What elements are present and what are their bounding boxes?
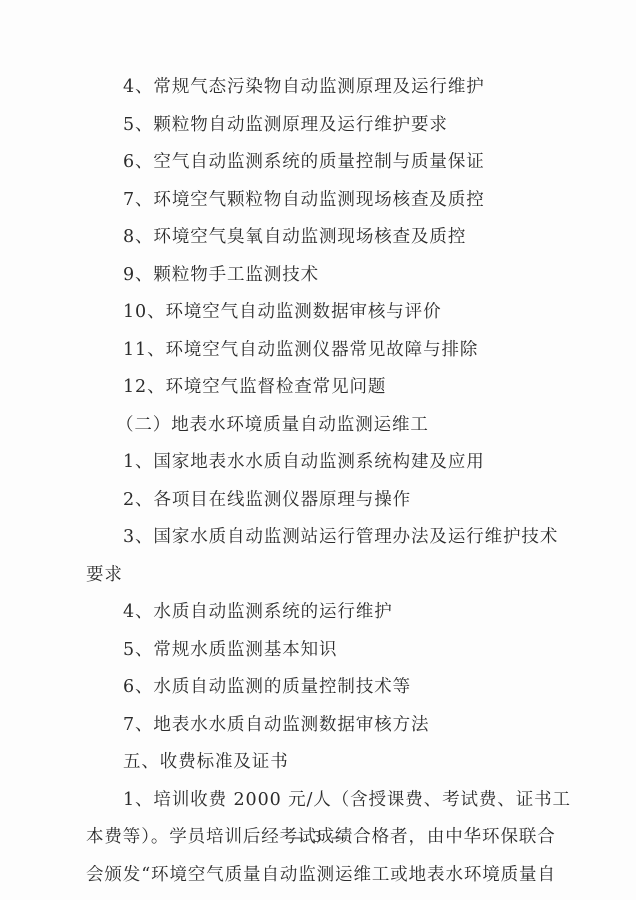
list-item-water-system-build: 1、国家地表水水质自动监测系统构建及应用 xyxy=(86,444,534,482)
list-item-ozone-site-check: 8、环境空气臭氧自动监测现场核查及质控 xyxy=(86,219,534,257)
list-item-water-data-review: 7、地表水水质自动监测数据审核方法 xyxy=(86,707,534,745)
list-item-particulate-site-check: 7、环境空气颗粒物自动监测现场核查及质控 xyxy=(86,182,534,220)
list-item-water-basics: 5、常规水质监测基本知识 xyxy=(86,632,534,670)
document-page: 4、常规气态污染物自动监测原理及运行维护 5、颗粒物自动监测原理及运行维护要求 … xyxy=(0,0,636,900)
document-body: 4、常规气态污染物自动监测原理及运行维护 5、颗粒物自动监测原理及运行维护要求 … xyxy=(86,69,534,894)
list-item-water-quality-control: 6、水质自动监测的质量控制技术等 xyxy=(86,669,534,707)
section-heading-surface-water: （二）地表水环境质量自动监测运维工 xyxy=(86,407,534,445)
paragraph-fees-line-3: 会颁发“环境空气质量自动监测运维工或地表水环境质量自 xyxy=(86,857,534,895)
paragraph-fees-line-1: 1、培训收费 2000 元/人（含授课费、考试费、证书工 xyxy=(86,782,534,820)
list-item-particulate-monitoring: 5、颗粒物自动监测原理及运行维护要求 xyxy=(86,107,534,145)
list-item-station-management-continued: 要求 xyxy=(86,557,534,595)
list-item-station-management: 3、国家水质自动监测站运行管理办法及运行维护技术 xyxy=(86,519,534,557)
list-item-air-gaseous-pollutants: 4、常规气态污染物自动监测原理及运行维护 xyxy=(86,69,534,107)
list-item-air-quality-control: 6、空气自动监测系统的质量控制与质量保证 xyxy=(86,144,534,182)
list-item-water-system-maintenance: 4、水质自动监测系统的运行维护 xyxy=(86,594,534,632)
list-item-online-instruments: 2、各项目在线监测仪器原理与操作 xyxy=(86,482,534,520)
list-item-manual-particulate: 9、颗粒物手工监测技术 xyxy=(86,257,534,295)
list-item-air-supervision: 12、环境空气监督检查常见问题 xyxy=(86,369,534,407)
section-heading-fees-certificates: 五、收费标准及证书 xyxy=(86,744,534,782)
page-number: — 3 — xyxy=(0,828,636,846)
list-item-air-data-review: 10、环境空气自动监测数据审核与评价 xyxy=(86,294,534,332)
list-item-air-instrument-faults: 11、环境空气自动监测仪器常见故障与排除 xyxy=(86,332,534,370)
